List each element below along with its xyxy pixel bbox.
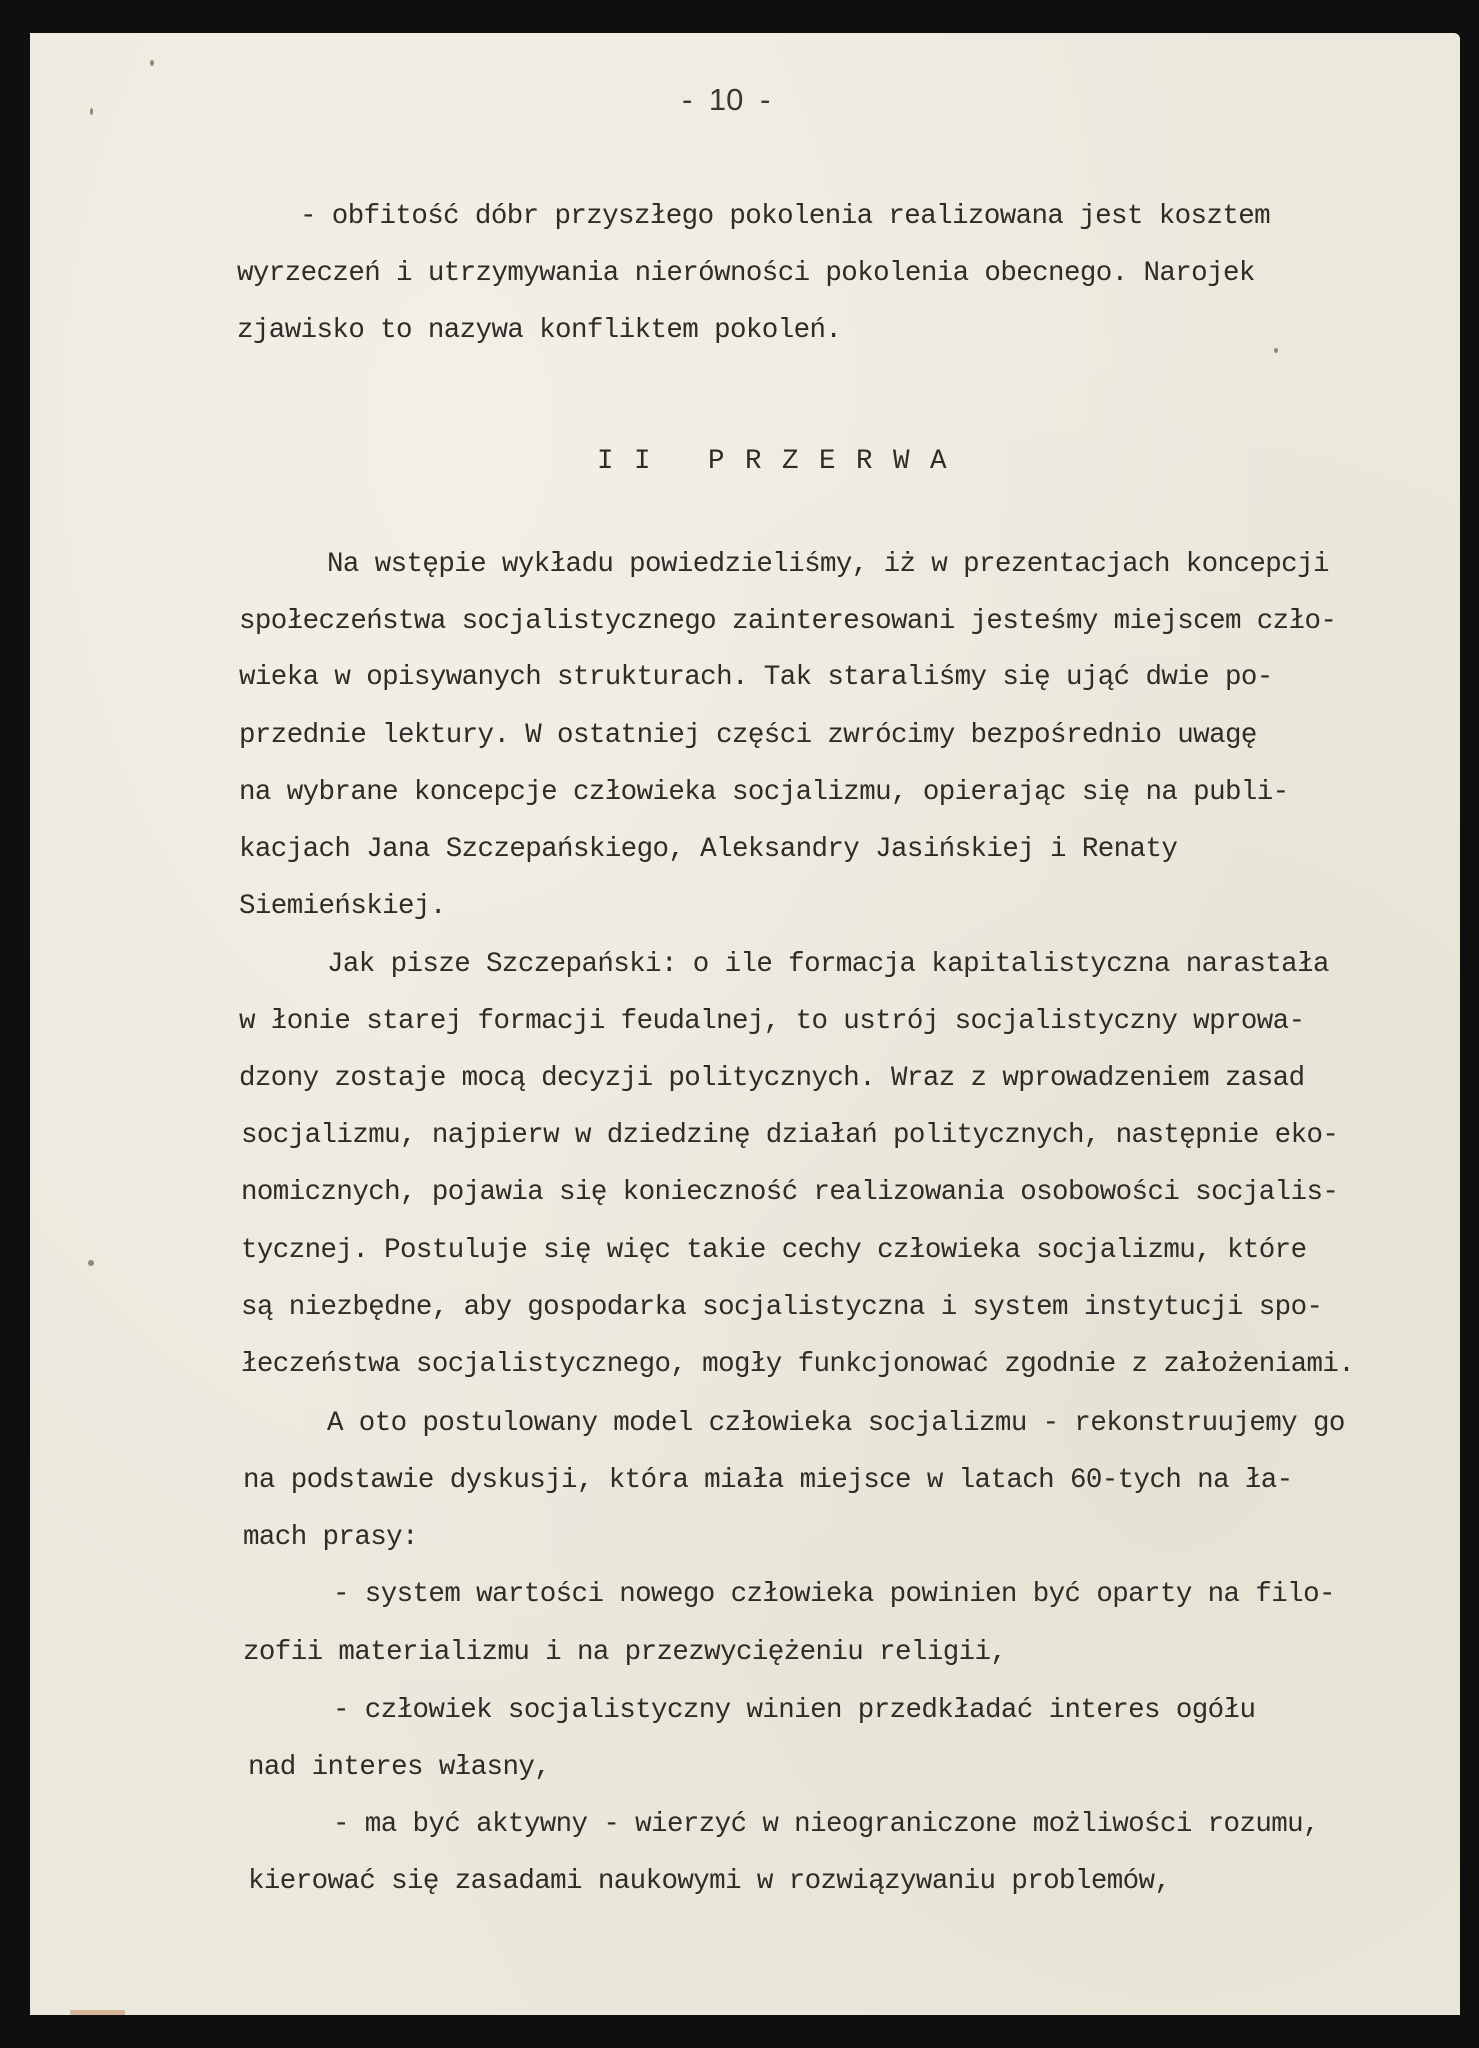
line-13: dzony zostaje mocą decyzji politycznych.… [239, 1065, 1304, 1093]
line-19: A oto postulowany model człowieka socjal… [327, 1410, 1345, 1438]
ink-speck [1274, 348, 1278, 353]
line-12: w łonie starej formacji feudalnej, to us… [239, 1008, 1304, 1036]
line-16: tycznej. Postuluje się więc takie cechy … [241, 1237, 1306, 1265]
line-2: zjawisko to nazywa konfliktem pokoleń. [237, 317, 841, 345]
line-11: Jak pisze Szczepański: o ile formacja ka… [327, 951, 1329, 979]
line-10: Siemieńskiej. [239, 893, 446, 921]
line-22: - system wartości nowego człowieka powin… [333, 1581, 1335, 1609]
page-number: - 10 - [682, 84, 770, 115]
paper-stain [70, 2010, 125, 2015]
line-4: Na wstępie wykładu powiedzieliśmy, iż w … [327, 551, 1329, 579]
line-20: na podstawie dyskusji, która miała miejs… [243, 1467, 1293, 1495]
line-7: przednie lektury. W ostatniej części zwr… [239, 722, 1257, 750]
line-24: - człowiek socjalistyczny winien przedkł… [333, 1697, 1255, 1725]
ink-speck [88, 1260, 94, 1266]
line-6: wieka w opisywanych strukturach. Tak sta… [239, 664, 1273, 692]
line-9: kacjach Jana Szczepańskiego, Aleksandry … [239, 836, 1177, 864]
line-8: na wybrane koncepcje człowieka socjalizm… [239, 779, 1289, 807]
line-26: - ma być aktywny - wierzyć w nieogranicz… [333, 1811, 1319, 1839]
line-15: nomicznych, pojawia się konieczność real… [241, 1179, 1338, 1207]
line-0: - obfitość dóbr przyszłego pokolenia rea… [300, 203, 1270, 231]
line-17: są niezbędne, aby gospodarka socjalistyc… [241, 1294, 1322, 1322]
line-21: mach prasy: [243, 1524, 418, 1552]
ink-speck [150, 60, 154, 66]
line-14: socjalizmu, najpierw w dziedzinę działań… [241, 1122, 1338, 1150]
ink-speck [90, 108, 93, 115]
line-1: wyrzeczeń i utrzymywania nierówności pok… [237, 260, 1255, 288]
line-27: kierować się zasadami naukowymi w rozwią… [248, 1868, 1170, 1896]
line-18: łeczeństwa socjalistycznego, mogły funkc… [241, 1351, 1354, 1379]
line-23: zofii materializmu i na przezwyciężeniu … [243, 1639, 1006, 1667]
line-5: społeczeństwa socjalistycznego zainteres… [239, 608, 1336, 636]
line-25: nad interes własny, [248, 1754, 550, 1782]
section-heading: I I P R Z E R W A [597, 448, 949, 476]
